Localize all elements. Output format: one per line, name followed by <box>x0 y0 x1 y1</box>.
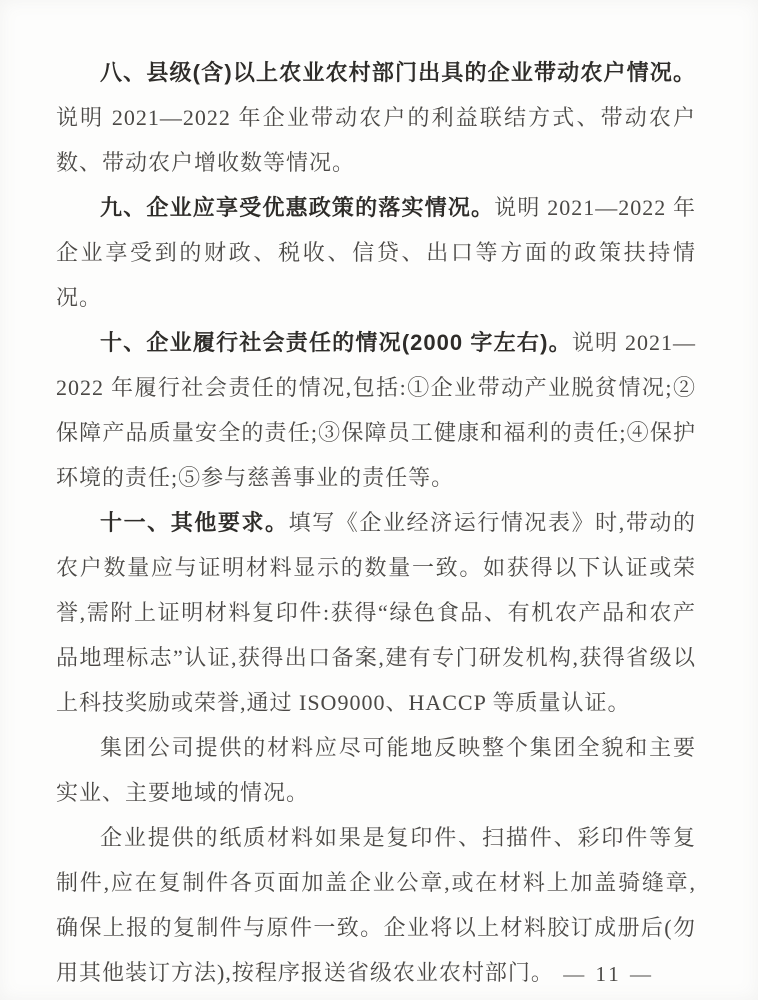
section-9-heading: 九、企业应享受优惠政策的落实情况。 <box>100 195 494 220</box>
section-10-heading: 十、企业履行社会责任的情况(2000 字左右)。 <box>100 330 572 355</box>
paragraph-section-10: 十、企业履行社会责任的情况(2000 字左右)。说明 2021—2022 年履行… <box>56 320 696 500</box>
page-number: — 11 — <box>563 962 654 987</box>
paragraph-group-company: 集团公司提供的材料应尽可能地反映整个集团全貌和主要实业、主要地域的情况。 <box>56 725 696 815</box>
paragraph-section-9: 九、企业应享受优惠政策的落实情况。说明 2021—2022 年企业享受到的财政、… <box>56 185 696 320</box>
section-11-text: 填写《企业经济运行情况表》时,带动的农户数量应与证明材料显示的数量一致。如获得以… <box>56 510 696 715</box>
paragraph-section-8: 八、县级(含)以上农业农村部门出具的企业带动农户情况。说明 2021—2022 … <box>56 50 696 185</box>
paragraph-group-company-text: 集团公司提供的材料应尽可能地反映整个集团全貌和主要实业、主要地域的情况。 <box>56 735 696 805</box>
document-page: 八、县级(含)以上农业农村部门出具的企业带动农户情况。说明 2021—2022 … <box>0 0 758 1000</box>
section-8-heading: 八、县级(含)以上农业农村部门出具的企业带动农户情况。 <box>100 60 696 85</box>
paragraph-section-11: 十一、其他要求。填写《企业经济运行情况表》时,带动的农户数量应与证明材料显示的数… <box>56 500 696 725</box>
section-11-heading: 十一、其他要求。 <box>100 510 289 535</box>
document-body: 八、县级(含)以上农业农村部门出具的企业带动农户情况。说明 2021—2022 … <box>56 50 696 995</box>
paragraph-binding-requirements-text: 企业提供的纸质材料如果是复印件、扫描件、彩印件等复制件,应在复制件各页面加盖企业… <box>56 825 696 985</box>
section-8-text: 说明 2021—2022 年企业带动农户的利益联结方式、带动农户数、带动农户增收… <box>56 105 696 175</box>
